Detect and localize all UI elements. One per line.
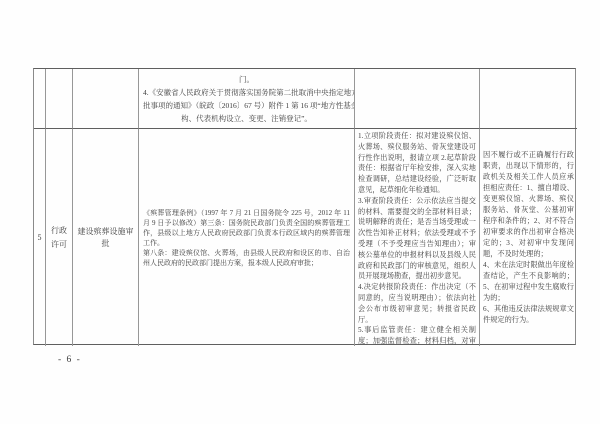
document-page: 门。 4.《安徽省人民政府关于贯彻落实国务院第二批取消中央指定地方实施行政审 批… (0, 0, 600, 424)
duties-paragraph: 5.事后监管责任：建立健全相关制度；加强监督检查；材料归档，对审核意见结果按救济… (358, 325, 476, 346)
cont-row-item-cell (73, 69, 139, 129)
cont-row-category-cell (46, 69, 73, 129)
cont-row-accountability-cell (480, 69, 577, 129)
category-cell: 行政许可 (46, 129, 73, 346)
accountability-cell: 因不履行或不正确履行行政职责，出现以下情形的，行政机关及相关工作人员应承担相应责… (480, 129, 577, 346)
legal-basis-paragraph: 第八条：建设殡仪馆、火葬场，由县级人民政府和设区的市、自治州人民政府的民政部门提… (143, 248, 350, 268)
category-label: 行政许可 (51, 224, 67, 252)
accountability-paragraph: 6、其他违反法律法规规章文件规定的行为。 (483, 304, 574, 326)
duties-cell: 1.立项阶段责任：拟对建设殡仪馆、火葬场、殡仪服务站、骨灰堂建设可行性作出说明，… (355, 129, 480, 346)
cont-row-duties-cell (355, 69, 480, 129)
legal-basis-continuation-line: 批事项的通知》（皖政〔2016〕67 号）附件 1 第 16 项“地方性基金会分… (143, 99, 350, 112)
duties-paragraph: 4.决定转报阶段责任：作出决定（不同意的，应当说明理由）；依法向社会公布市级初审… (358, 282, 476, 325)
legal-basis-paragraph: 《殡葬管理条例》（1997 年 7 月 21 日国务院令 225 号，2012 … (143, 208, 350, 248)
legal-basis-continuation-line: 构、代表机构设立、变更、注销登记”。 (143, 112, 350, 125)
page-number: - 6 - (58, 355, 81, 365)
accountability-paragraph: 4、未在法定时限做出年度检查结论，产生不良影响的；5、在初审过程中发生腐败行为的… (483, 260, 574, 304)
duties-paragraph: 3.审查阶段责任：公示依法应当提交的材料、需要提交的全部材料目录；说明解释的责任… (358, 196, 476, 282)
accountability-paragraph: 因不履行或不正确履行行政职责，出现以下情形的，行政机关及相关工作人员应承担相应责… (483, 150, 574, 260)
item-name: 建设殡葬设施审批 (74, 226, 137, 250)
seq-number-cell: 5 (34, 129, 46, 346)
legal-basis-continuation-line: 4.《安徽省人民政府关于贯彻落实国务院第二批取消中央指定地方实施行政审 (143, 86, 350, 99)
item-name-cell: 建设殡葬设施审批 (73, 129, 139, 346)
legal-basis-cell: 《殡葬管理条例》（1997 年 7 月 21 日国务院令 225 号，2012 … (139, 129, 355, 346)
approval-matrix-table: 门。 4.《安徽省人民政府关于贯彻落实国务院第二批取消中央指定地方实施行政审 批… (33, 68, 576, 345)
cont-row-seq-cell (34, 69, 46, 129)
legal-basis-continuation-line: 门。 (143, 73, 350, 86)
duties-paragraph: 1.立项阶段责任：拟对建设殡仪馆、火葬场、殡仪服务站、骨灰堂建设可行性作出说明，… (358, 131, 476, 196)
cont-row-legal-basis-cell: 门。 4.《安徽省人民政府关于贯彻落实国务院第二批取消中央指定地方实施行政审 批… (139, 69, 355, 129)
seq-number: 5 (38, 233, 42, 242)
